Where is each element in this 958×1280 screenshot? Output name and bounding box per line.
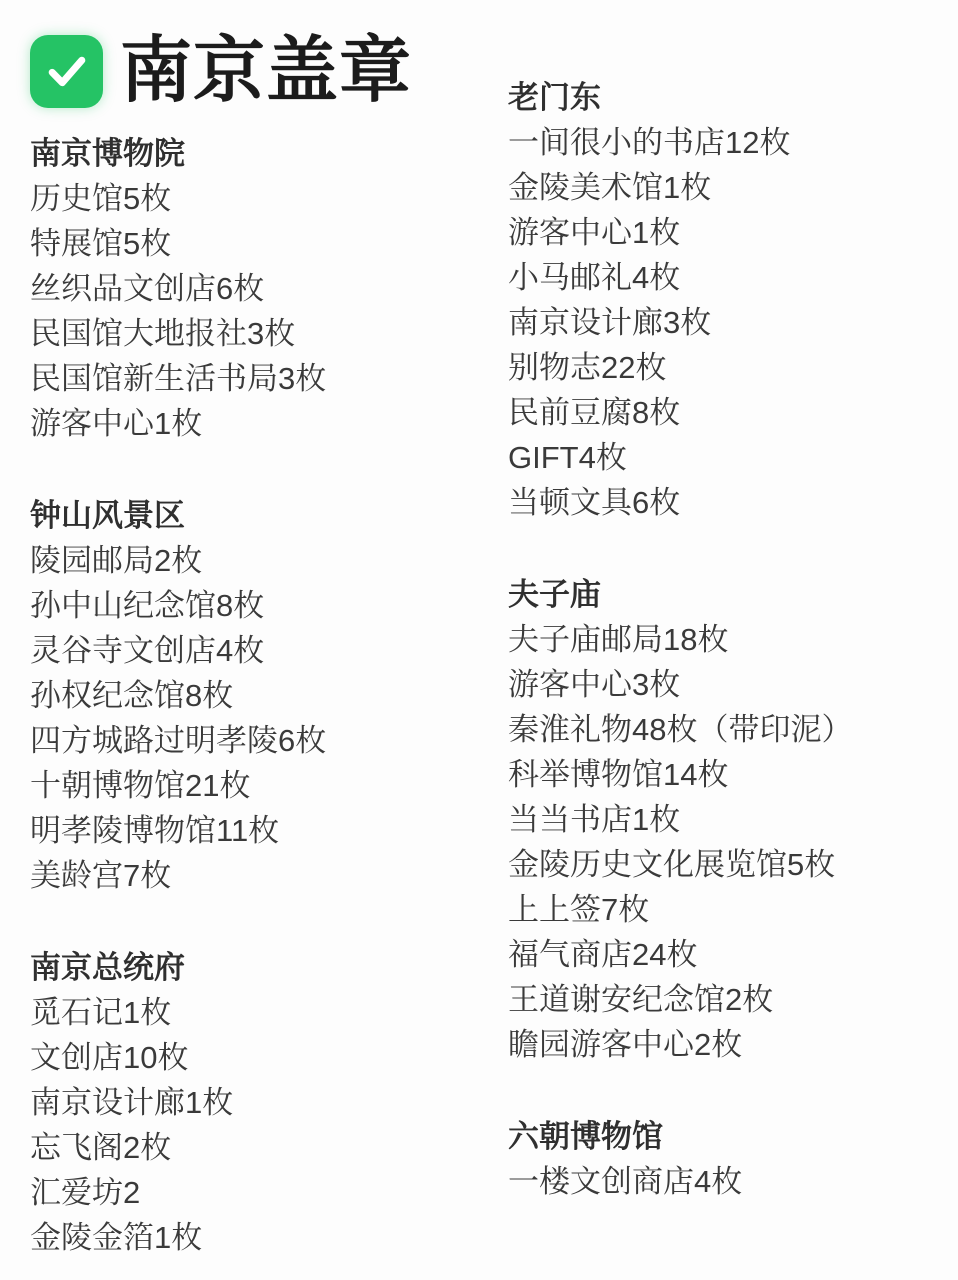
right-column: 老门东 一间很小的书店12枚 金陵美术馆1枚 游客中心1枚 小马邮礼4枚 南京设… [508, 75, 958, 1204]
list-item: 金陵金箔1枚 [30, 1215, 490, 1260]
list-item: 民前豆腐8枚 [508, 390, 958, 435]
list-item: 别物志22枚 [508, 345, 958, 390]
list-item: 游客中心3枚 [508, 662, 958, 707]
logo: 南京盖章 [30, 33, 490, 109]
list-item: 美龄宫7枚 [30, 853, 490, 898]
list-item: 瞻园游客中心2枚 [508, 1022, 958, 1067]
list-item: 上上签7枚 [508, 887, 958, 932]
list-item: 特展馆5枚 [30, 221, 490, 266]
list-item: 南京设计廊1枚 [30, 1080, 490, 1125]
list-item: 历史馆5枚 [30, 176, 490, 221]
list-item: 灵谷寺文创店4枚 [30, 628, 490, 673]
list-item: 小马邮礼4枚 [508, 255, 958, 300]
list-item: 金陵美术馆1枚 [508, 165, 958, 210]
section-title: 老门东 [508, 75, 958, 120]
list-item: 忘飞阁2枚 [30, 1125, 490, 1170]
section-zhongshan-scenic-area: 钟山风景区 陵园邮局2枚 孙中山纪念馆8枚 灵谷寺文创店4枚 孙权纪念馆8枚 四… [30, 493, 490, 898]
list-item: 觅石记1枚 [30, 990, 490, 1035]
list-item: 王道谢安纪念馆2枚 [508, 977, 958, 1022]
list-item: 当当书店1枚 [508, 797, 958, 842]
list-item: 四方城路过明孝陵6枚 [30, 718, 490, 763]
list-item: 明孝陵博物馆11枚 [30, 808, 490, 853]
list-item: 汇爱坊2 [30, 1170, 490, 1215]
section-title: 钟山风景区 [30, 493, 490, 538]
list-item: 一楼文创商店4枚 [508, 1159, 958, 1204]
list-item: 十朝博物馆21枚 [30, 763, 490, 808]
list-item: 科举博物馆14枚 [508, 752, 958, 797]
section-title: 六朝博物馆 [508, 1114, 958, 1159]
left-column: 南京盖章 南京博物院 历史馆5枚 特展馆5枚 丝织品文创店6枚 民国馆大地报社3… [30, 33, 490, 1260]
section-title: 南京博物院 [30, 131, 490, 176]
list-item: 游客中心1枚 [30, 401, 490, 446]
list-item: 游客中心1枚 [508, 210, 958, 255]
section-nanjing-museum: 南京博物院 历史馆5枚 特展馆5枚 丝织品文创店6枚 民国馆大地报社3枚 民国馆… [30, 131, 490, 446]
section-presidential-palace: 南京总统府 觅石记1枚 文创店10枚 南京设计廊1枚 忘飞阁2枚 汇爱坊2 金陵… [30, 945, 490, 1260]
list-item: 一间很小的书店12枚 [508, 120, 958, 165]
list-item: 陵园邮局2枚 [30, 538, 490, 583]
section-confucius-temple: 夫子庙 夫子庙邮局18枚 游客中心3枚 秦淮礼物48枚（带印泥） 科举博物馆14… [508, 572, 958, 1067]
list-item: 孙权纪念馆8枚 [30, 673, 490, 718]
checkmark-icon [30, 35, 103, 108]
section-six-dynasties-museum: 六朝博物馆 一楼文创商店4枚 [508, 1114, 958, 1204]
list-item: 丝织品文创店6枚 [30, 266, 490, 311]
list-item: 文创店10枚 [30, 1035, 490, 1080]
list-item: 秦淮礼物48枚（带印泥） [508, 707, 958, 752]
page-title: 南京盖章 [120, 35, 412, 107]
list-item: 南京设计廊3枚 [508, 300, 958, 345]
section-title: 夫子庙 [508, 572, 958, 617]
list-item: 当顿文具6枚 [508, 480, 958, 525]
list-item: 民国馆大地报社3枚 [30, 311, 490, 356]
section-title: 南京总统府 [30, 945, 490, 990]
list-item: 孙中山纪念馆8枚 [30, 583, 490, 628]
list-item: GIFT4枚 [508, 435, 958, 480]
list-item: 福气商店24枚 [508, 932, 958, 977]
section-laomendong: 老门东 一间很小的书店12枚 金陵美术馆1枚 游客中心1枚 小马邮礼4枚 南京设… [508, 75, 958, 525]
list-item: 金陵历史文化展览馆5枚 [508, 842, 958, 887]
list-item: 夫子庙邮局18枚 [508, 617, 958, 662]
list-item: 民国馆新生活书局3枚 [30, 356, 490, 401]
